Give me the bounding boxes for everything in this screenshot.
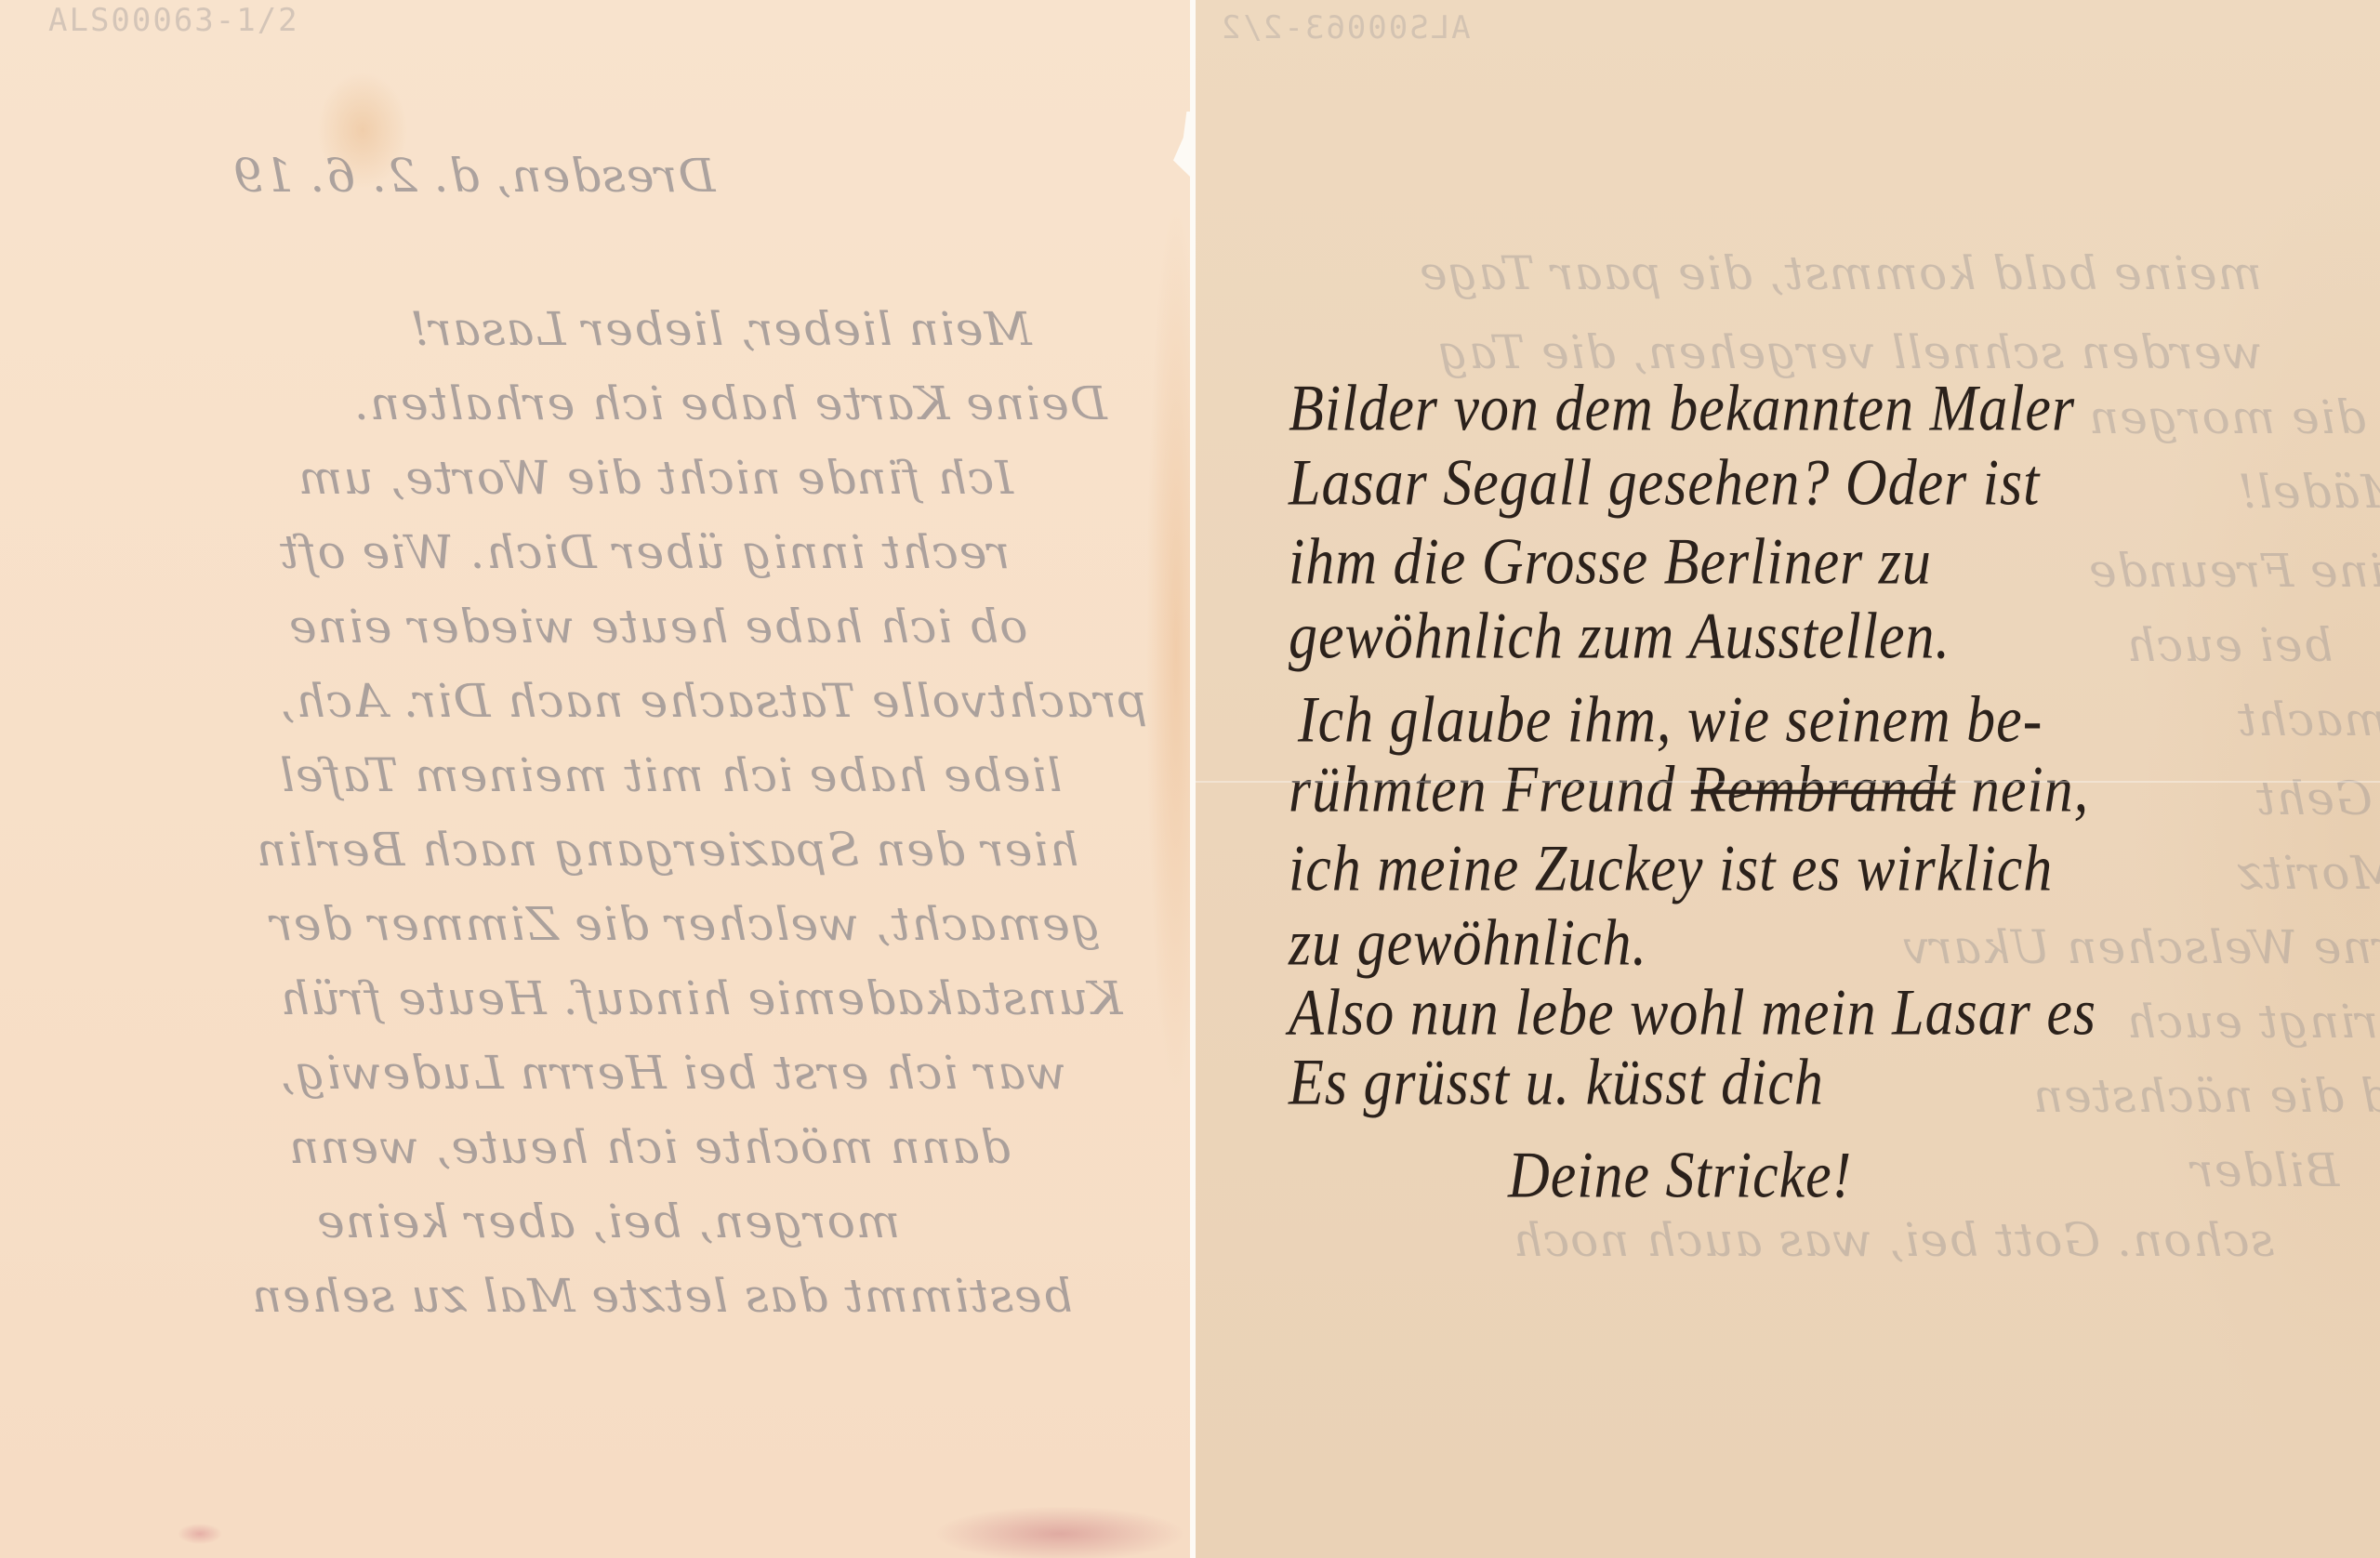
paper-tear: [1173, 112, 1190, 177]
bleed-through-line: Moritz: [2237, 846, 2380, 900]
letter-line: Kunstakademie hinauf. Heute früh: [279, 971, 1123, 1025]
letter-line: Ich glaube ihm, wie seinem be-: [1298, 682, 2043, 759]
letter-line: Deine Karte habe ich erhalten.: [353, 376, 1107, 430]
letter-page-left: ALS00063-1/2 Dresden, d. 2. 6. 19 Mein l…: [0, 0, 1190, 1558]
letter-line: prachtvolle Tatsache nach Dir. Ach,: [279, 674, 1147, 728]
letter-line: war ich erst bei Herrn Ludewig,: [279, 1046, 1066, 1100]
letter-line: Bilder von dem bekannten Maler: [1289, 371, 2075, 447]
letter-line: bestimmt das letzte Mal zu sehen: [251, 1269, 1073, 1323]
letter-line: gewöhnlich zum Ausstellen.: [1289, 599, 1950, 675]
letter-line: zu gewöhnlich.: [1289, 905, 1647, 982]
letter-line: ihm die Grosse Berliner zu: [1289, 524, 1932, 601]
letter-text: nein,: [1955, 754, 2089, 826]
letter-line: ob ich habe heute wieder eine: [288, 600, 1027, 654]
letter-line: morgen, bei, aber keine: [316, 1195, 900, 1248]
bleed-through-line: bei euch: [2125, 618, 2333, 672]
letter-line: Lasar Segall gesehen? Oder ist: [1289, 445, 2040, 522]
salutation: Mein lieber, lieber Lasar!: [409, 302, 1032, 356]
archive-stamp: ALS00063-1/2: [48, 2, 299, 39]
dateline: Dresden, d. 2. 6. 19: [232, 149, 715, 203]
bleed-through-line: meine Freunde: [2088, 544, 2380, 598]
letter-line: hier den Spaziergang nach Berlin: [256, 823, 1079, 877]
letter-line: recht innig über Dich. Wie oft: [279, 525, 1010, 579]
struck-word: Rembrandt: [1691, 754, 1956, 826]
bleed-through-line: Mädel!: [2237, 465, 2380, 519]
bleed-through-line: Gerne Welschen Ukarv: [1902, 920, 2380, 974]
bleed-through-line: Und die nächsten: [2032, 1069, 2380, 1123]
letter-line: gemacht, welcher die Zimmer der: [270, 897, 1101, 951]
bleed-through-line: macht: [2237, 693, 2380, 746]
archive-stamp: ALS00063-2/2: [1220, 9, 1471, 46]
letter-line: rühmten Freund Rembrandt nein,: [1289, 752, 2089, 828]
closing-signature: Deine Stricke!: [1508, 1138, 1852, 1214]
bleed-through-line: Geht: [2255, 772, 2373, 825]
bleed-through-line: bei uns, ich die morgen: [2088, 390, 2380, 444]
letter-page-right: ALS00063-2/2 meine bald kommst, die paar…: [1196, 0, 2380, 1558]
letter-line: Also nun lebe wohl mein Lasar es: [1289, 975, 2096, 1051]
letter-line: ich meine Zuckey ist es wirklich: [1289, 831, 2053, 907]
letter-line: Es grüsst u. küsst dich: [1289, 1045, 1824, 1121]
letter-text: rühmten Freund: [1289, 754, 1691, 826]
letter-line: Ich finde nicht die Worte, um: [297, 451, 1013, 505]
bleed-through-line: Bringt euch: [2125, 995, 2380, 1049]
bleed-through-line: Bilder: [2190, 1143, 2339, 1197]
letter-line: liebe habe ich mit meinem Tafel: [279, 748, 1063, 802]
bleed-through-line: meine bald kommst, die paar Tage: [1419, 246, 2262, 300]
bleed-through-line: schon. Gott bei, was auch noch: [1512, 1213, 2274, 1267]
letter-line: dann möchte ich heute, wenn: [288, 1120, 1011, 1174]
paper-fold-line: [1196, 781, 2380, 783]
